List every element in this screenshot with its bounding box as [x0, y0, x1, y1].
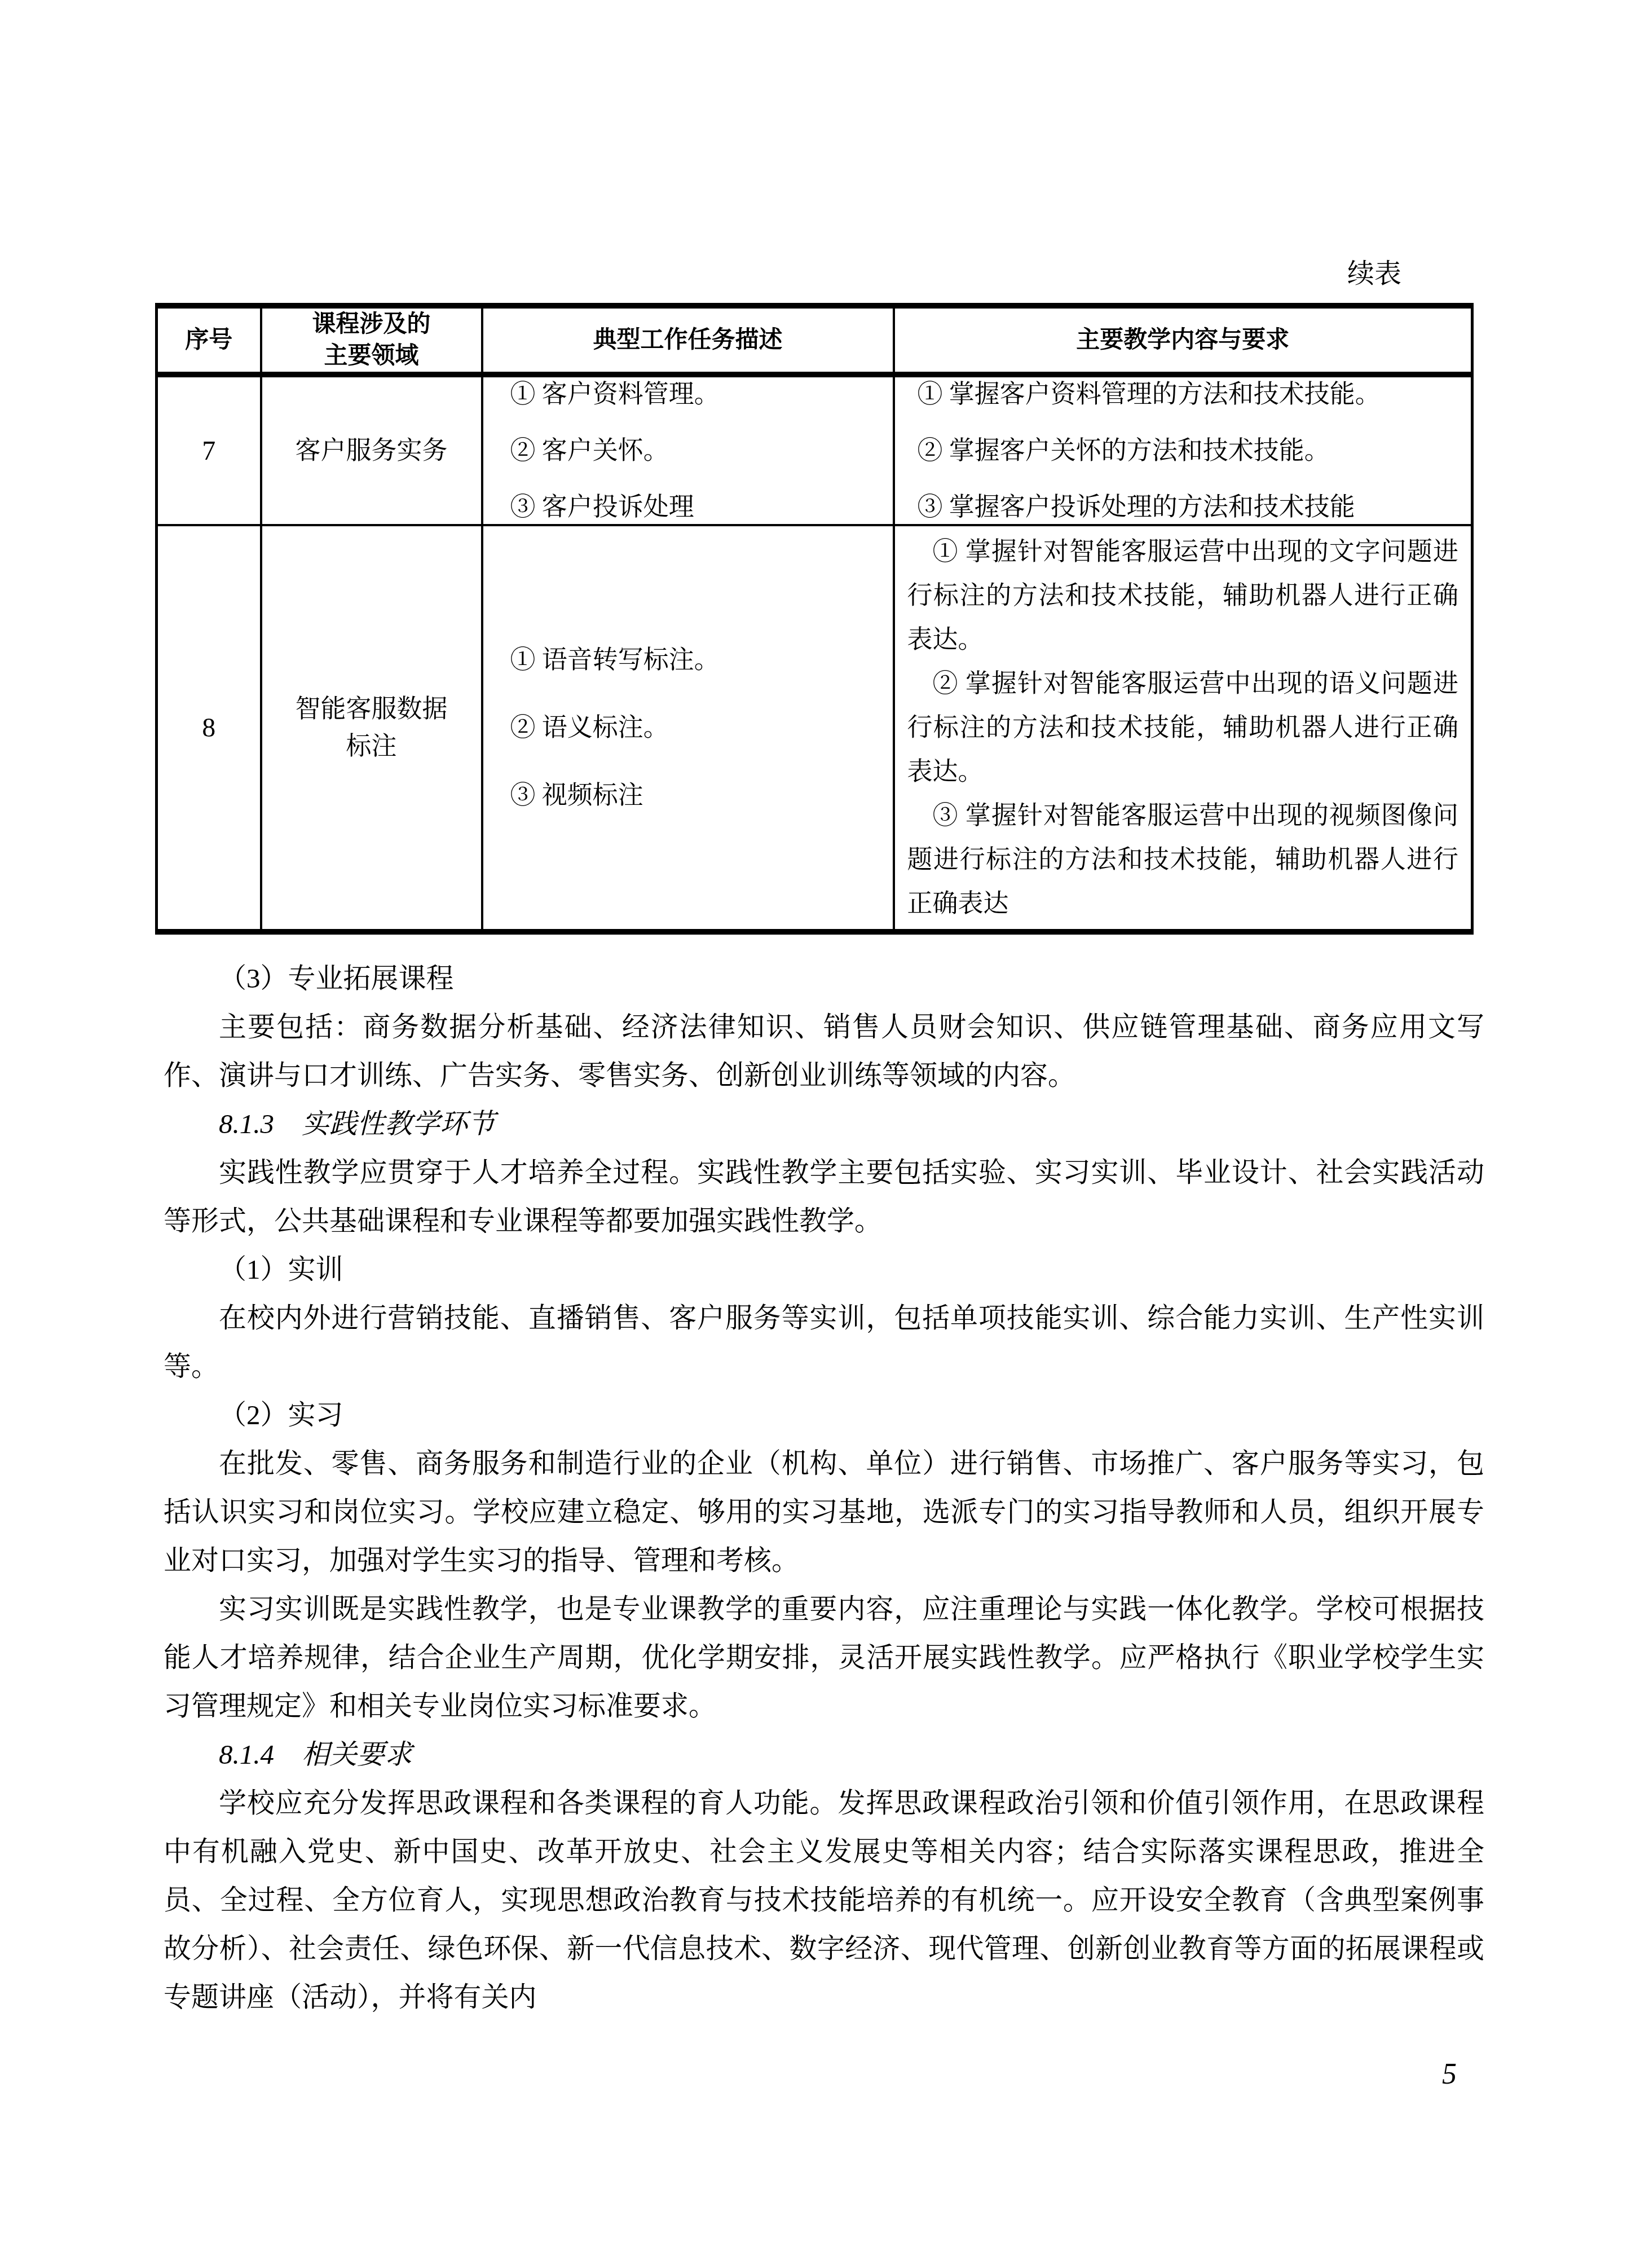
continued-table-label: 续表 [1347, 258, 1401, 290]
paragraph: 实习实训既是实践性教学，也是专业课教学的重要内容，应注重理论与实践一体化教学。学… [164, 1585, 1484, 1730]
page-number: 5 [1442, 2058, 1457, 2091]
cell-tasks: ① 语音转写标注。 ② 语义标注。 ③ 视频标注 [482, 525, 894, 932]
paragraph: 学校应充分发挥思政课程和各类课程的育人功能。发挥思政课程政治引领和价值引领作用，… [164, 1779, 1484, 2022]
task-item: ② 语义标注。 [510, 711, 893, 744]
column-header-contents: 主要教学内容与要求 [894, 306, 1472, 375]
body-text: （3）专业拓展课程 主要包括：商务数据分析基础、经济法律知识、销售人员财会知识、… [164, 954, 1484, 2022]
cell-contents: ① 掌握客户资料管理的方法和技术技能。 ② 掌握客户关怀的方法和技术技能。 ③ … [894, 375, 1472, 525]
paragraph: 实践性教学应贯穿于人才培养全过程。实践性教学主要包括实验、实习实训、毕业设计、社… [164, 1148, 1484, 1245]
list-label: （2）实习 [164, 1391, 1484, 1439]
column-header-domain: 课程涉及的 主要领域 [261, 306, 482, 375]
section-heading: 8.1.4 相关要求 [164, 1730, 1484, 1779]
content-item: ① 掌握客户资料管理的方法和技术技能。 [918, 378, 1466, 411]
cell-domain: 智能客服数据 标注 [261, 525, 482, 932]
content-item: ③ 掌握客户投诉处理的方法和技术技能 [918, 491, 1466, 523]
column-header-index: 序号 [157, 306, 261, 375]
task-item: ② 客户关怀。 [510, 434, 893, 467]
document-page: 续表 序号 课程涉及的 主要领域 典型工作任务描述 主要教学内容与要求 7 客户… [0, 0, 1627, 2268]
content-paragraph: ③ 掌握针对智能客服运营中出现的视频图像问题进行标注的方法和技术技能，辅助机器人… [907, 794, 1459, 926]
task-item: ① 客户资料管理。 [510, 378, 893, 411]
cell-index: 7 [157, 375, 261, 525]
cell-index: 8 [157, 525, 261, 932]
cell-domain: 客户服务实务 [261, 375, 482, 525]
paragraph: 在批发、零售、商务服务和制造行业的企业（机构、单位）进行销售、市场推广、客户服务… [164, 1439, 1484, 1585]
cell-contents: ① 掌握针对智能客服运营中出现的文字问题进行标注的方法和技术技能，辅助机器人进行… [894, 525, 1472, 932]
task-item: ③ 客户投诉处理 [510, 491, 893, 523]
content-item: ② 掌握客户关怀的方法和技术技能。 [918, 434, 1466, 467]
column-header-tasks: 典型工作任务描述 [482, 306, 894, 375]
list-label: （1）实训 [164, 1245, 1484, 1294]
cell-tasks: ① 客户资料管理。 ② 客户关怀。 ③ 客户投诉处理 [482, 375, 894, 525]
table-header-row: 序号 课程涉及的 主要领域 典型工作任务描述 主要教学内容与要求 [157, 306, 1472, 375]
task-item: ③ 视频标注 [510, 779, 893, 812]
section-heading: 8.1.3 实践性教学环节 [164, 1100, 1484, 1148]
table-row: 7 客户服务实务 ① 客户资料管理。 ② 客户关怀。 ③ 客户投诉处理 ① 掌握… [157, 375, 1472, 525]
list-label: （3）专业拓展课程 [164, 954, 1484, 1003]
course-table: 序号 课程涉及的 主要领域 典型工作任务描述 主要教学内容与要求 7 客户服务实… [155, 303, 1474, 935]
content-paragraph: ① 掌握针对智能客服运营中出现的文字问题进行标注的方法和技术技能，辅助机器人进行… [907, 530, 1459, 662]
paragraph: 主要包括：商务数据分析基础、经济法律知识、销售人员财会知识、供应链管理基础、商务… [164, 1003, 1484, 1100]
paragraph: 在校内外进行营销技能、直播销售、客户服务等实训，包括单项技能实训、综合能力实训、… [164, 1294, 1484, 1391]
content-paragraph: ② 掌握针对智能客服运营中出现的语义问题进行标注的方法和技术技能，辅助机器人进行… [907, 662, 1459, 794]
table-row: 8 智能客服数据 标注 ① 语音转写标注。 ② 语义标注。 ③ 视频标注 ① 掌… [157, 525, 1472, 932]
task-item: ① 语音转写标注。 [510, 644, 893, 676]
